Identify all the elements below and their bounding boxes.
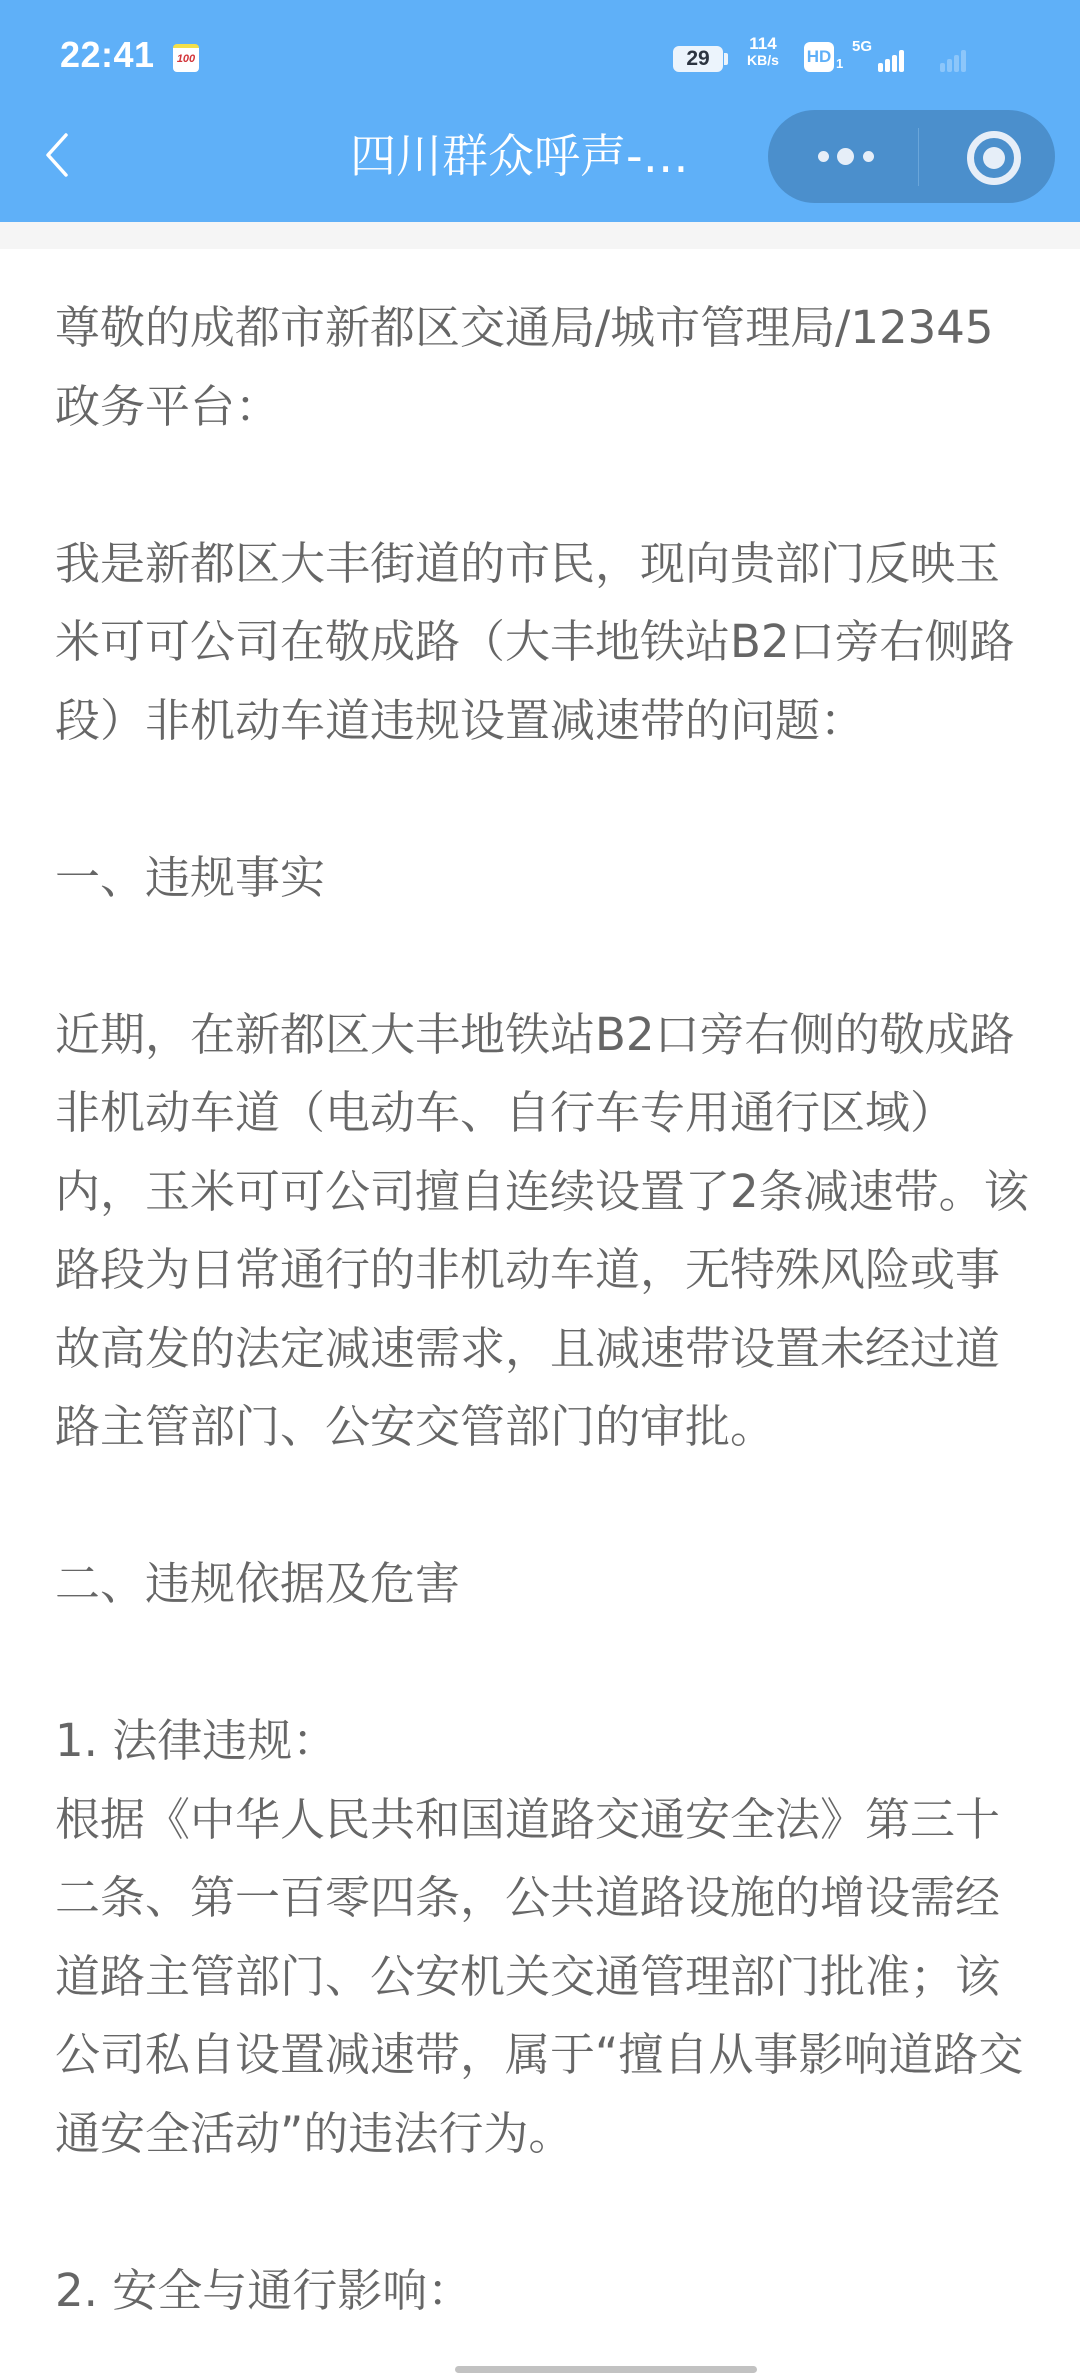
blank-line: [55, 1624, 1035, 1703]
header-divider-strip: [0, 222, 1080, 249]
intro-paragraph: 我是新都区大丰街道的市民，现向贵部门反映玉米可可公司在敬成路（大丰地铁站B2口旁…: [55, 525, 1035, 761]
blank-line: [55, 917, 1035, 996]
battery-icon: 29: [673, 46, 723, 72]
mini-program-capsule: [768, 110, 1055, 203]
close-mini-program-button[interactable]: [919, 110, 1055, 203]
article-body: 尊敬的成都市新都区交通局/城市管理局/12345政务平台： 我是新都区大丰街道的…: [55, 289, 1035, 2330]
greeting-paragraph: 尊敬的成都市新都区交通局/城市管理局/12345政务平台：: [55, 289, 1035, 446]
facts-paragraph: 近期，在新都区大丰地铁站B2口旁右侧的敬成路非机动车道（电动车、自行车专用通行区…: [55, 996, 1035, 1467]
blank-line: [55, 2173, 1035, 2252]
blank-line: [55, 446, 1035, 525]
status-time: 22:41: [60, 34, 155, 76]
blank-line: [55, 760, 1035, 839]
chevron-left-icon: [40, 125, 80, 185]
battery-tip: [724, 53, 728, 65]
5g-icon: 5G: [852, 38, 872, 55]
home-indicator[interactable]: [455, 2366, 757, 2373]
section-heading-basis: 二、违规依据及危害: [55, 1545, 1035, 1624]
subheading-legal: 1. 法律违规：: [55, 1702, 1035, 1781]
top-bar: 22:41 100 114 KB/s HD 1 5G 29 四川群众呼声-…: [0, 0, 1080, 222]
hd-voice-icon: HD: [804, 42, 834, 72]
target-close-icon-center: [983, 147, 1005, 169]
blank-line: [55, 1467, 1035, 1546]
network-speed-value: 114: [740, 36, 786, 52]
network-speed: 114 KB/s: [740, 36, 786, 68]
network-speed-unit: KB/s: [740, 52, 786, 68]
back-button[interactable]: [40, 125, 80, 185]
legal-paragraph: 根据《中华人民共和国道路交通安全法》第三十二条、第一百零四条，公共道路设施的增设…: [55, 1781, 1035, 2174]
section-heading-facts: 一、违规事实: [55, 839, 1035, 918]
more-button[interactable]: [768, 110, 918, 203]
100-score-app-icon: 100: [173, 44, 199, 72]
subheading-safety: 2. 安全与通行影响：: [55, 2252, 1035, 2331]
page-title: 四川群众呼声-…: [350, 126, 730, 186]
hd-sim-number: 1: [836, 56, 843, 71]
